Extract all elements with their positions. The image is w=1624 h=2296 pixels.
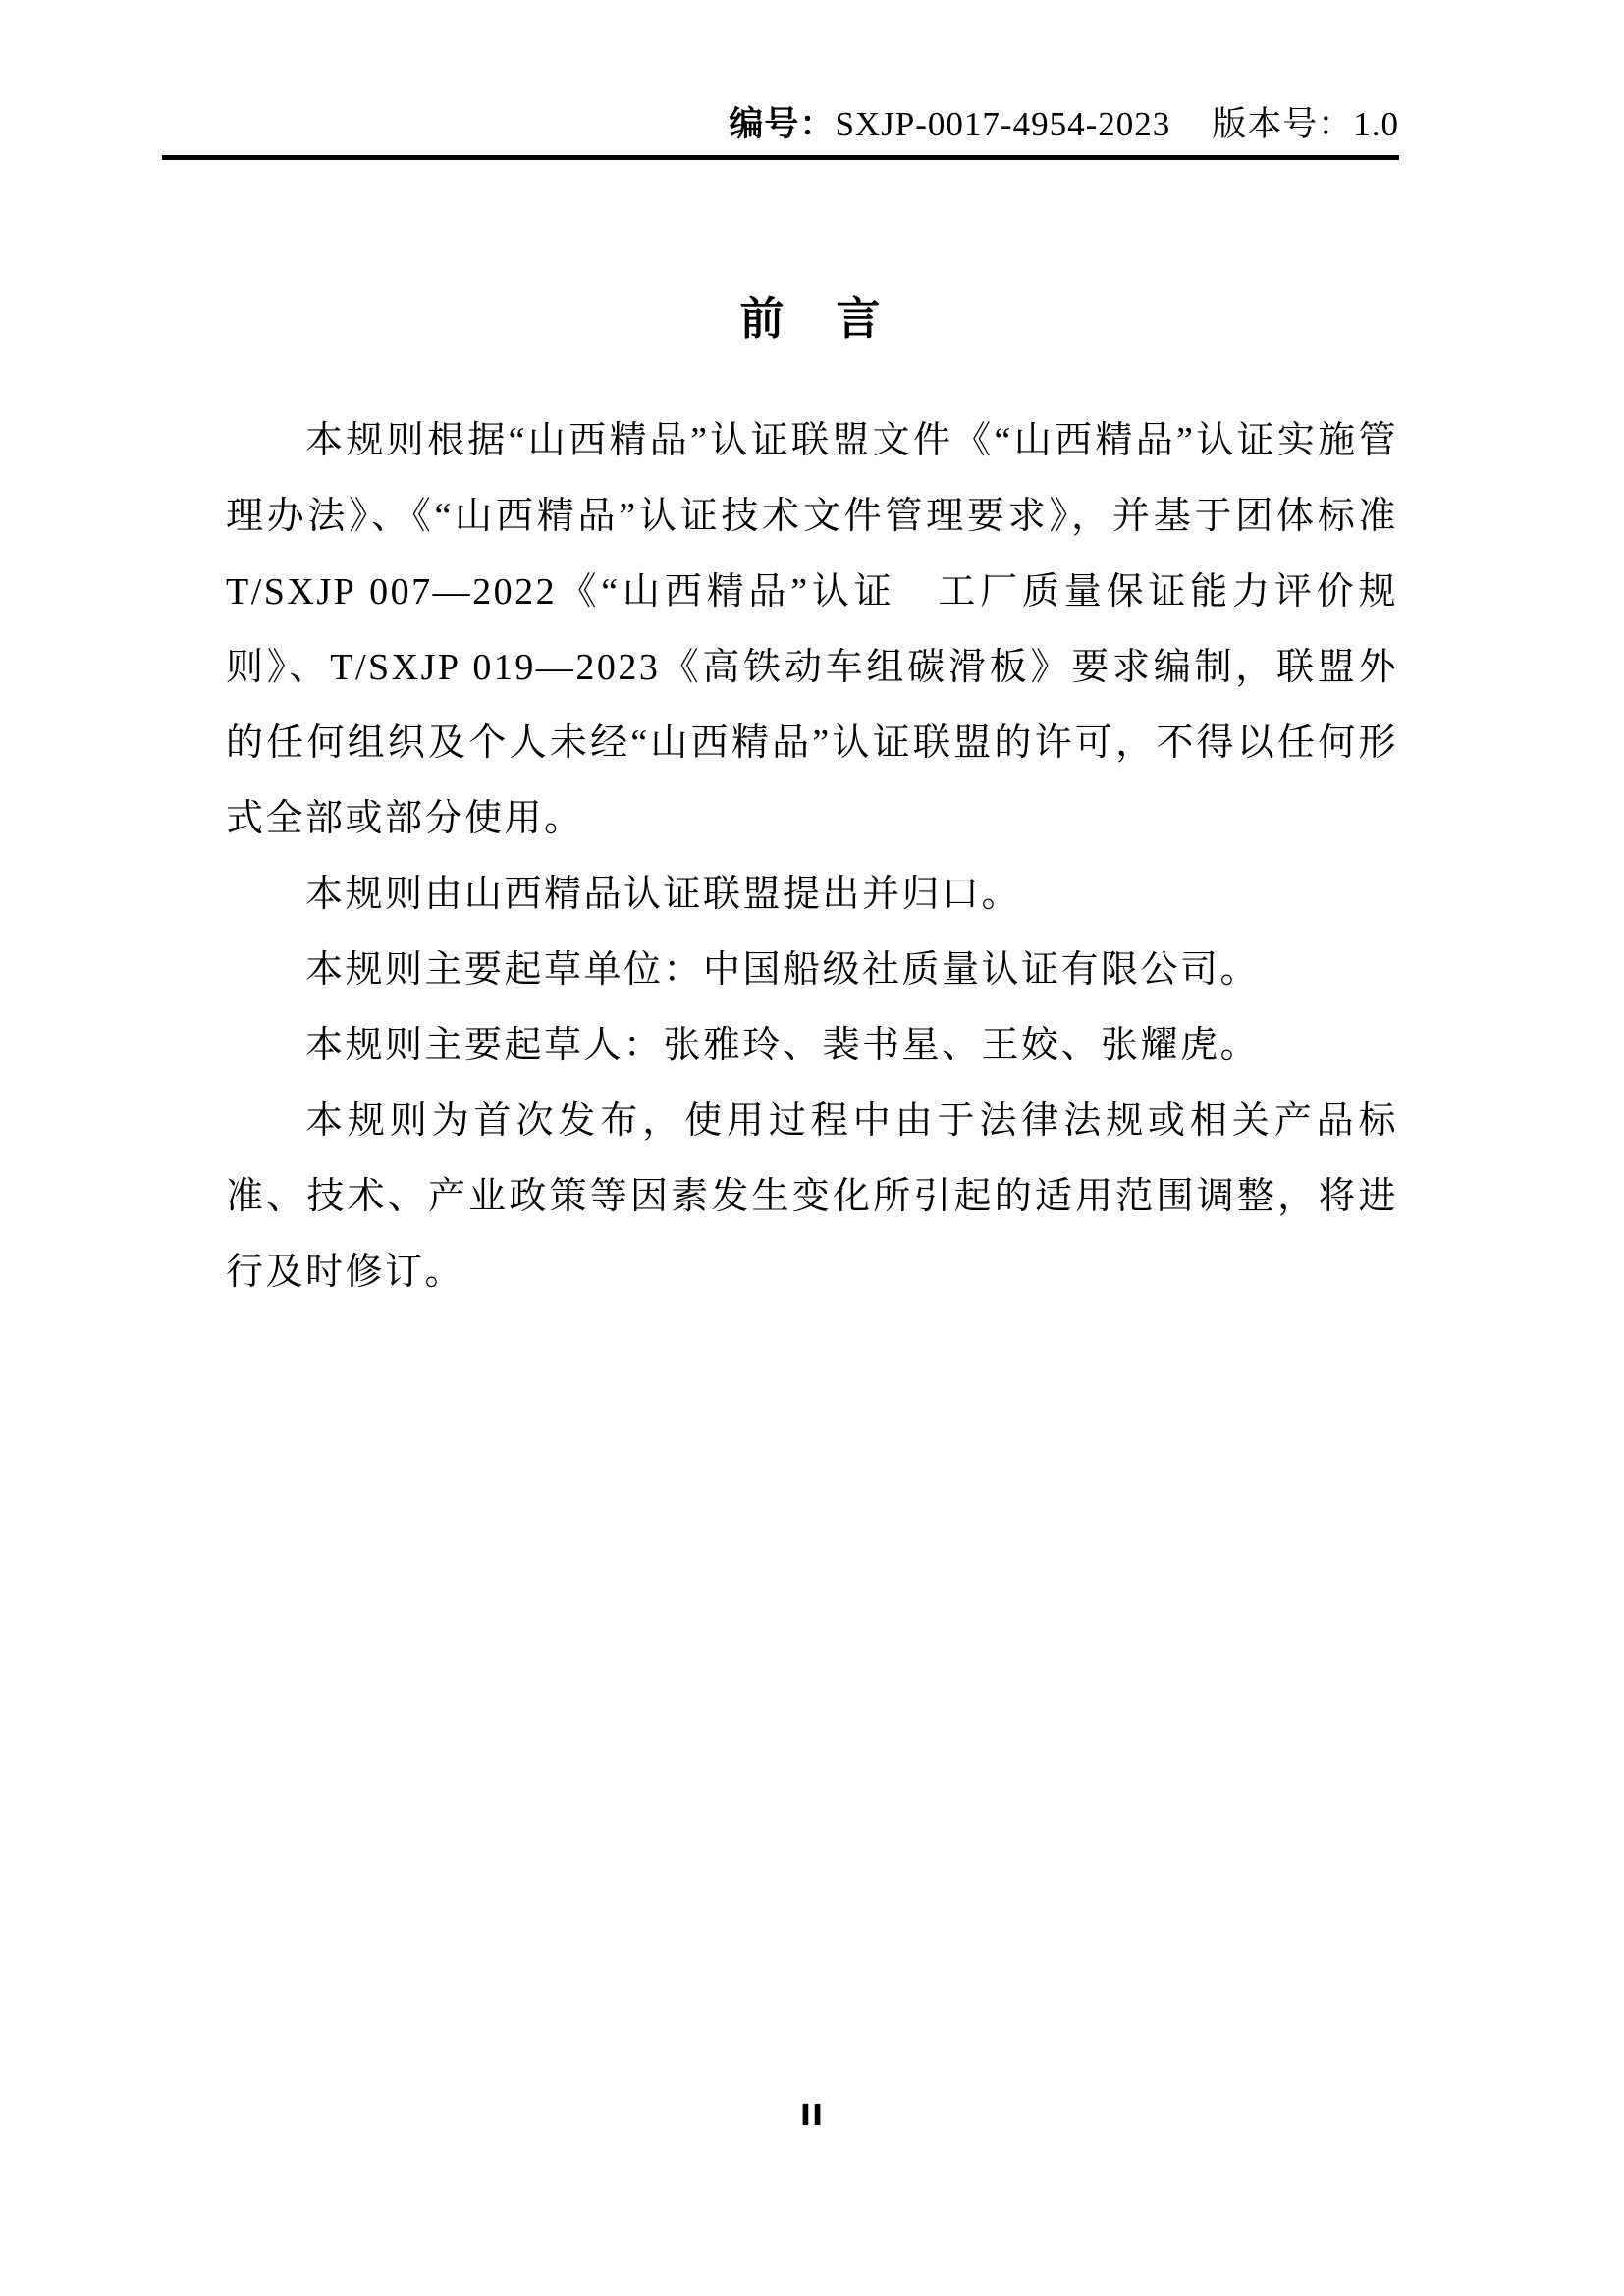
page-title: 前 言: [226, 283, 1398, 347]
paragraph-first-release: 本规则为首次发布，使用过程中由于法律法规或相关产品标准、技术、产业政策等因素发生…: [226, 1084, 1398, 1310]
page-number: II: [0, 2099, 1624, 2133]
document-body: 前 言 本规则根据“山西精品”认证联盟文件《“山西精品”认证实施管理办法》、《“…: [226, 283, 1398, 1310]
doc-version-value: 1.0: [1353, 105, 1399, 143]
paragraph-proposed-by: 本规则由山西精品认证联盟提出并归口。: [226, 857, 1398, 933]
doc-number-label: 编号：: [729, 105, 835, 143]
paragraph-basis: 本规则根据“山西精品”认证联盟文件《“山西精品”认证实施管理办法》、《“山西精品…: [226, 403, 1398, 857]
paragraph-drafters: 本规则主要起草人：张雅玲、裴书星、王姣、张耀虎。: [226, 1008, 1398, 1084]
doc-version-label: 版本号：: [1212, 105, 1353, 143]
header-meta: 编号：SXJP-0017-4954-2023版本号：1.0: [162, 102, 1399, 147]
document-page: 编号：SXJP-0017-4954-2023版本号：1.0 前 言 本规则根据“…: [0, 0, 1624, 2296]
doc-number-value: SXJP-0017-4954-2023: [835, 105, 1170, 143]
header-rule: [162, 155, 1399, 160]
document-header: 编号：SXJP-0017-4954-2023版本号：1.0: [162, 102, 1399, 160]
paragraph-drafting-org: 本规则主要起草单位：中国船级社质量认证有限公司。: [226, 933, 1398, 1008]
